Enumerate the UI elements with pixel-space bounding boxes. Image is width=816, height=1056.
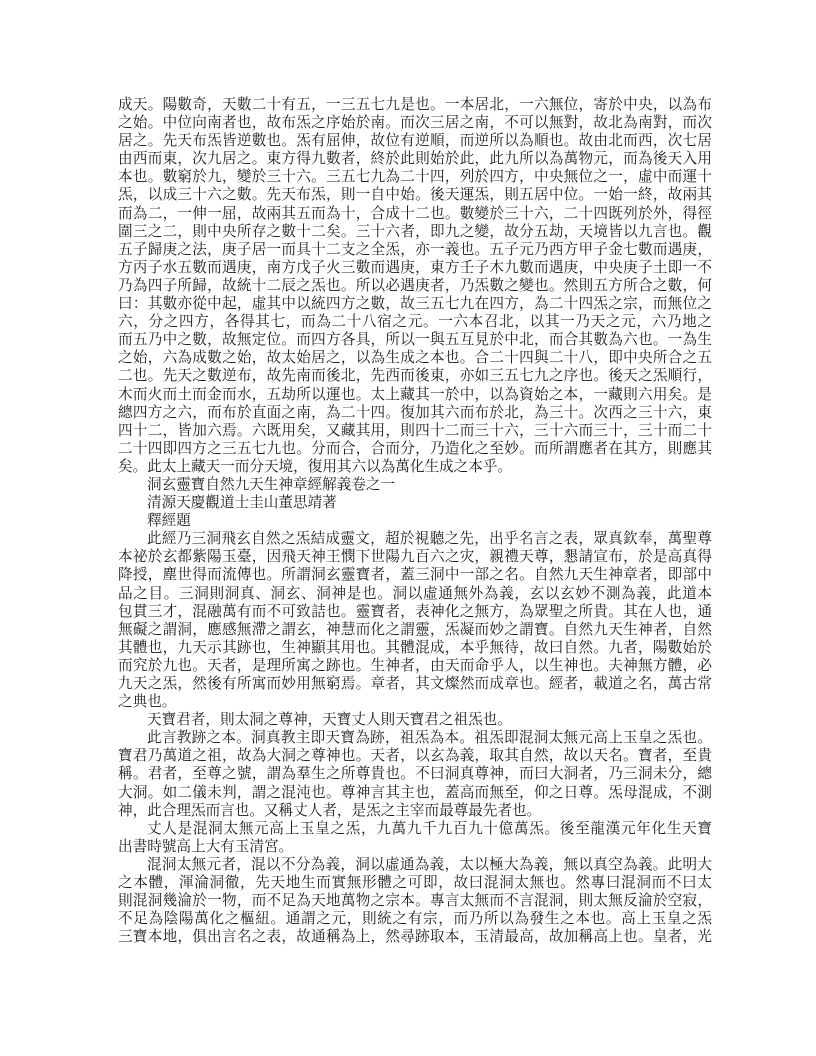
text-line: 六，分之四方，各得其七，而為二十八宿之元。一六本召北，以其一乃天之元，六乃地之元…: [118, 313, 712, 331]
text-line: 無礙之謂洞，應感無滯之謂玄，神慧而化之謂靈，炁凝而妙之謂寶。自然九天生神者，自然…: [118, 621, 712, 639]
text-line: 由西而東，次九居之。東方得九數者，終於此則始於此，此九所以為萬物元，而為後天入用…: [118, 150, 712, 168]
text-line: 本也。數窮於九，變於三十六。三五七九為二十四，列於四方，中央無位之一，虛中而運十…: [118, 168, 712, 186]
text-line: 四十二，皆加六焉。六既用矣，又藏其用，則四十二而三十六，三十六而三十，三十而二十…: [118, 422, 712, 440]
text-block: 成天。陽數奇，天數二十有五，一三五七九是也。一本居北，一六無位，寄於中央，以為布…: [118, 96, 712, 946]
text-line: 成天。陽數奇，天數二十有五，一三五七九是也。一本居北，一六無位，寄於中央，以為布…: [118, 96, 712, 114]
paragraph-end-line: 矣。此太上藏天一而分天境，復用其六以為萬化生成之本乎。: [118, 458, 712, 476]
text-line: 而為二，一伸一屈，故兩其五而為十，合成十二也。數變於三十六，二十四既列於外，得徑…: [118, 205, 712, 223]
text-line: 九天之炁，然後有所寓而妙用無窮焉。章者，其文燦然而成章也。經者，載道之名，萬古常…: [118, 675, 712, 693]
text-line: 則混洞幾淪於一物，而不足為天地萬物之宗本。專言太無而不言混洞，則太無反淪於空寂，…: [118, 892, 712, 910]
text-line: 稱。君者，至尊之號，謂為羣生之所尊貴也。不曰洞真尊神，而曰大洞者，乃三洞未分，總…: [118, 765, 712, 783]
author-line: 清源天慶觀道士圭山董思靖著: [118, 494, 712, 512]
scripture-quote-line: 天寶君者，則太洞之尊神，天寶丈人則天寶君之祖炁也。: [118, 711, 712, 729]
text-line: 居之。先天布炁皆逆數也。炁有屈伸，故位有逆順，而逆所以為順也。故由北而西，次七居…: [118, 132, 712, 150]
scripture-quote-line: 丈人是混洞太無元高上玉皇之炁，九萬九千九百九十億萬炁。後至龍漢元年化生天寶君，: [118, 820, 712, 838]
text-line: 此言教跡之本。洞真教主即天寶為跡，祖炁為本。祖炁即混洞太無元高上玉皇之炁也。天: [118, 729, 712, 747]
text-line: 不足為陰陽萬化之樞紐。通謂之元，則統之有宗，而乃所以為發生之本也。高上玉皇之炁者…: [118, 910, 712, 928]
text-line: 總四方之六，而布於直面之南，為二十四。復加其六而布於北，為三十。次西之三十六，東…: [118, 404, 712, 422]
text-line: 二十四即四方之三五七九也。分而合，合而分，乃造化之至妙。而所謂應者在其方，則應其…: [118, 440, 712, 458]
volume-title: 洞玄靈寶自然九天生神章經解義卷之一: [118, 476, 712, 494]
paragraph-end-line: 出書時號高上大有玉清宮。: [118, 838, 712, 856]
text-line: 包貫三才，混融萬有而不可致詰也。靈寶者，表神化之無方，為眾聖之所貴。其在人也，通…: [118, 603, 712, 621]
document-page: 成天。陽數奇，天數二十有五，一三五七九是也。一本居北，一六無位，寄於中央，以為布…: [0, 0, 816, 1056]
text-line: 乃為四子所歸，故統十二辰之炁也。所以必遇庚者，乃炁數之變也。然則五方所合之數，何…: [118, 277, 712, 295]
text-line: 曰：其數亦從中起，虛其中以統四方之數，故三五七九在四方，為二十四炁之宗，而無位之…: [118, 295, 712, 313]
text-line: 而究於九也。天者，是理所寓之跡也。生神者，由天而命乎人，以生神也。夫神無方體，必…: [118, 657, 712, 675]
text-line: 圍三之二，則中央所存之數十二矣。三十六者，即九之變，故分五劫，天境皆以九言也。觀…: [118, 223, 712, 241]
text-line: 大洞。如二儀未判，謂之混沌也。尊神言其主也，蓋高而無至，仰之日尊。炁母混成，不測…: [118, 784, 712, 802]
text-line: 本祕於玄都紫陽玉臺，因飛天神王憫下世陽九百六之灾，親禮天尊，懇請宣布，於是高真得…: [118, 548, 712, 566]
text-line: 混洞太無元者，混以不分為義，洞以虛通為義，太以極大為義，無以真空為義。此明大道: [118, 856, 712, 874]
text-line: 而五乃中之數，故無定位。而四方各具，所以一與五互見於中北，而合其數為六也。一為生…: [118, 331, 712, 349]
section-heading: 釋經題: [118, 512, 712, 530]
text-line: 炁，以成三十六之數。先天布炁，則一自中始。後天運炁，則五居中位。一始一終，故兩其…: [118, 186, 712, 204]
text-line: 品之目。三洞則洞真、洞玄、洞神是也。洞以虛通無外為義，玄以玄妙不測為義，此道本體…: [118, 585, 712, 603]
paragraph-end-line: 之典也。: [118, 693, 712, 711]
text-line: 五子歸庚之法，庚子居一而具十二支之全炁，亦一義也。五子元乃西方甲子金七數而遇庚，…: [118, 241, 712, 259]
text-line: 三寶本地，俱出言名之表，故通稱為上，然尋跡取本，玉清最高，故加稱高上也。皇者，光…: [118, 928, 712, 946]
text-line: 之始，六為成數之始，故太始居之，以為生成之本也。合二十四與二十八，即中央所合之五…: [118, 349, 712, 367]
text-line: 之本體，渾淪洞徹，先天地生而實無形體之可即，故曰混洞太無也。然專曰混洞而不曰太無…: [118, 874, 712, 892]
text-line: 二也。先天之數逆布，故先南而後北，先西而後東，亦如三五七九之序也。後天之炁順行，…: [118, 367, 712, 385]
text-line: 寶君乃萬道之祖，故為大洞之尊神也。天者，以玄為義，取其自然，故以天名。寶者，至貴…: [118, 747, 712, 765]
text-line: 之始。中位向南者也，故布炁之序始於南。而次三居之南，不可以無對，故北為南對，而次…: [118, 114, 712, 132]
text-line: 降授，塵世得而流傳也。所謂洞玄靈寶者，蓋三洞中一部之名。自然九天生神章者，即部中…: [118, 566, 712, 584]
text-line: 木而火而土而金而水，五劫所以運也。太上藏其一於中，以為資始之本，一藏則六用矣。是…: [118, 386, 712, 404]
text-line: 其體也，九天示其跡也，生神顯其用也。其體混成，本乎無待，故曰自然。九者，陽數始於…: [118, 639, 712, 657]
text-line: 此經乃三洞飛玄自然之炁結成靈文，超於視聽之先，出乎名言之表，眾真欽奉，萬聖尊崇。: [118, 530, 712, 548]
text-line: 方丙子水五數而遇庚，南方戊子火三數而遇庚，東方壬子木九數而遇庚，中央庚子土即一不…: [118, 259, 712, 277]
paragraph-end-line: 神，此合理炁而言也。又稱丈人者，是炁之主宰而最尊最先者也。: [118, 802, 712, 820]
